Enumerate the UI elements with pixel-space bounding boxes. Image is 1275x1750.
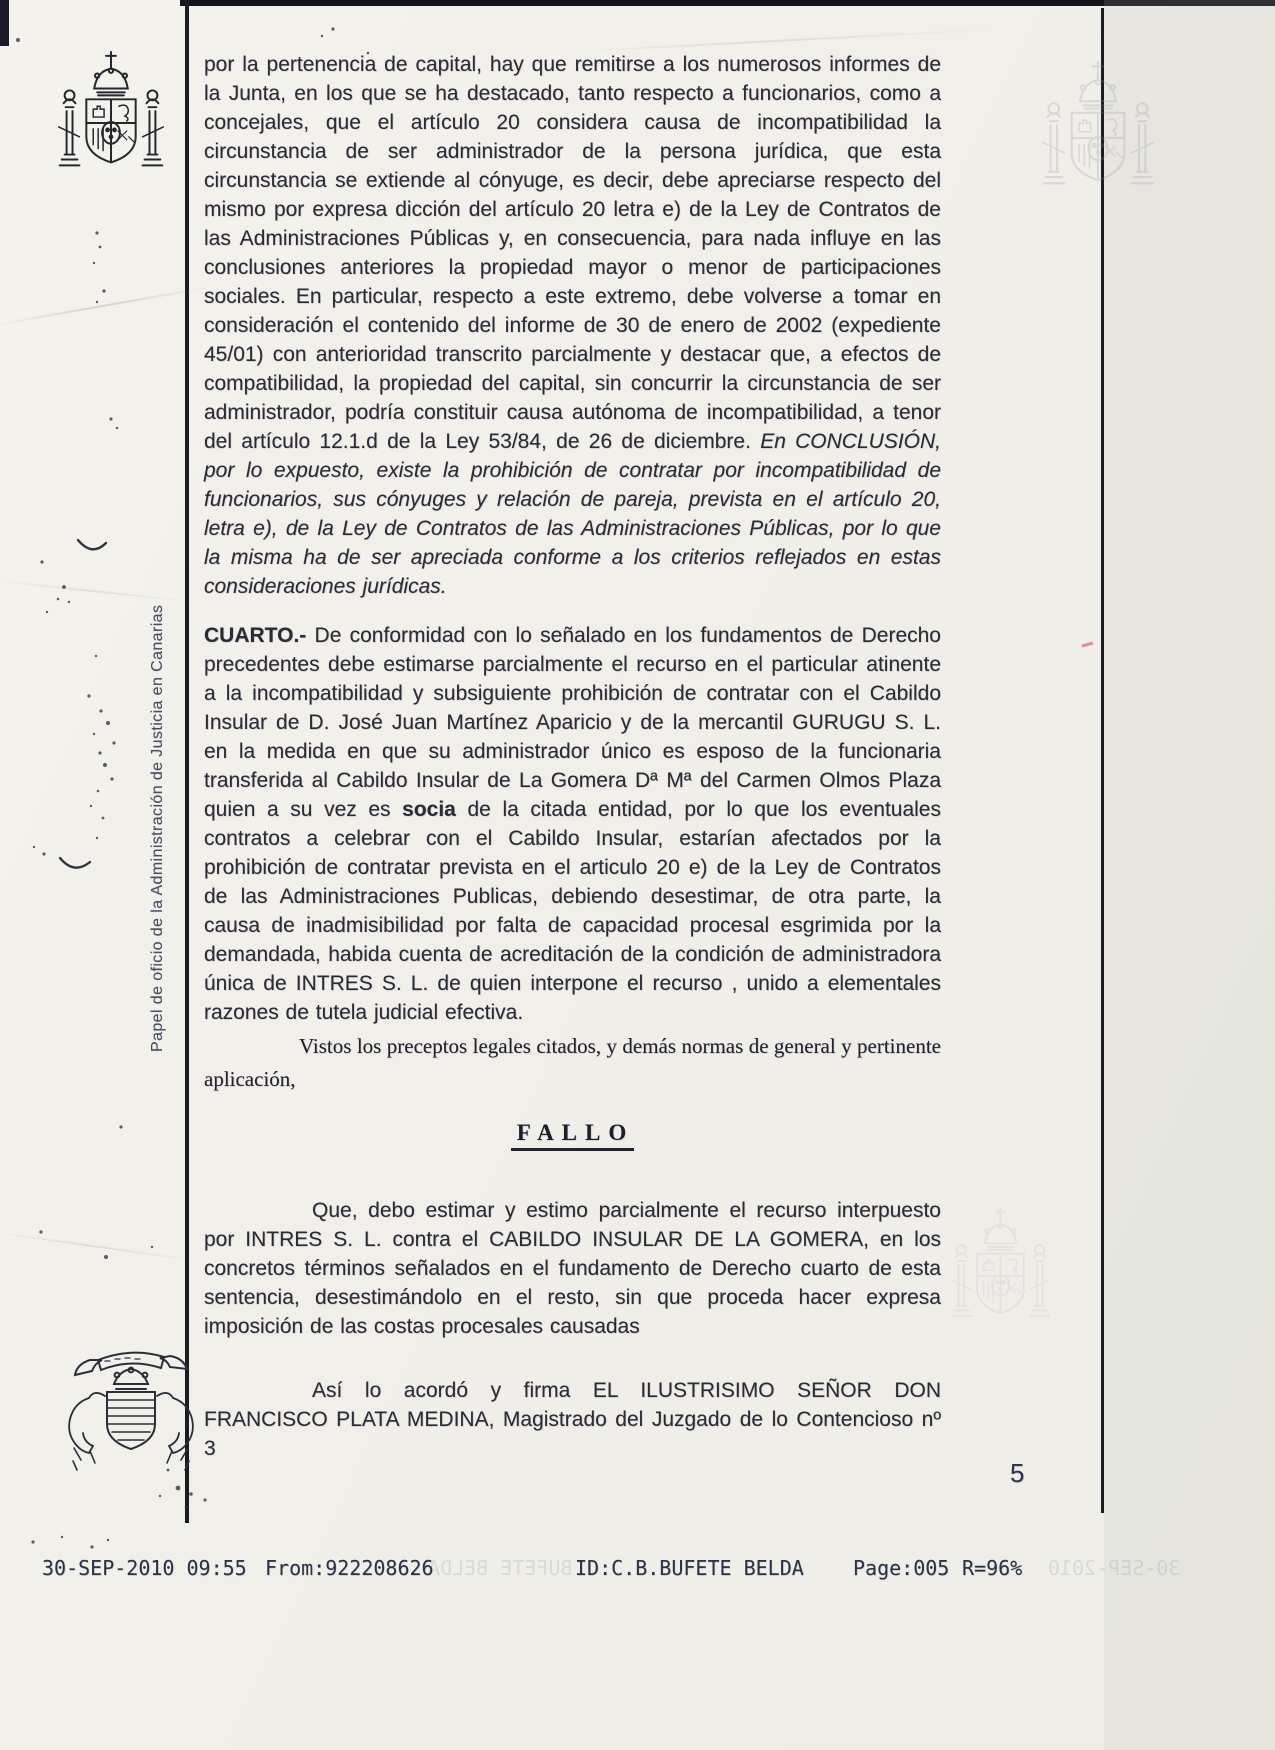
scan-noise-overlay — [0, 0, 1275, 1750]
scanned-judgment-page: Papel de oficio de la Administración de … — [0, 0, 1275, 1750]
